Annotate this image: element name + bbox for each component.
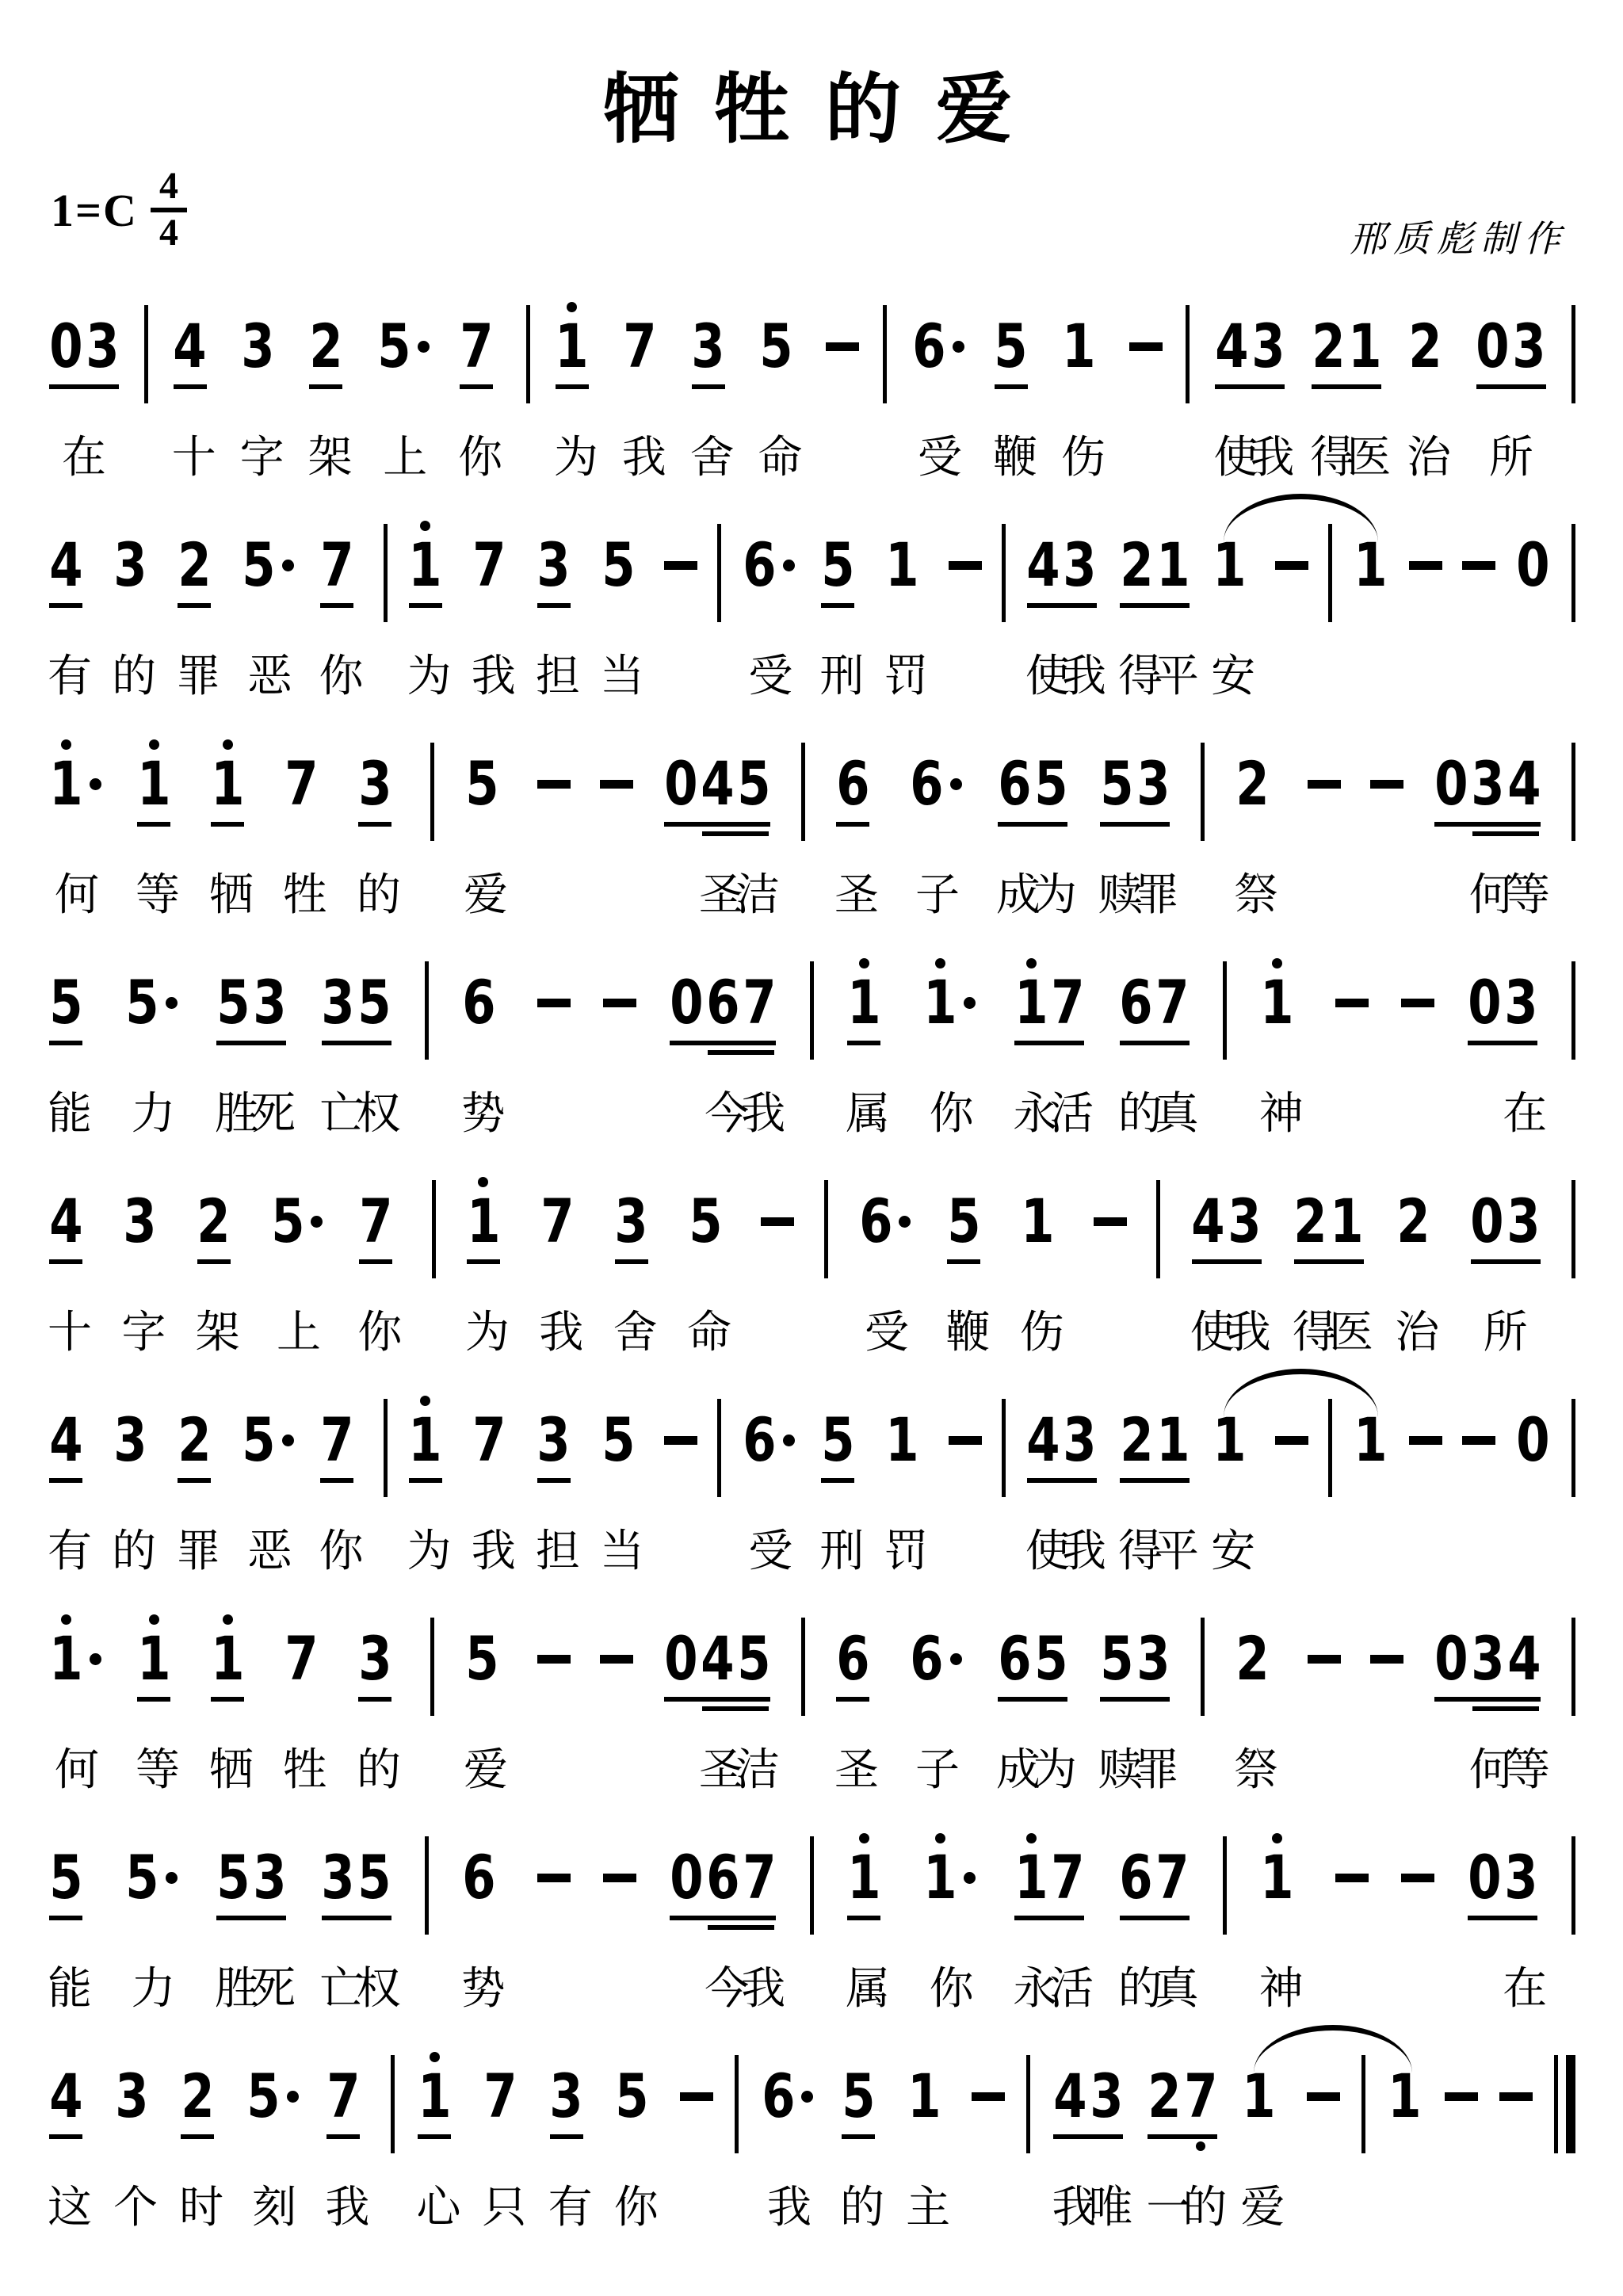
lyric-syllable (663, 1735, 699, 1792)
note-digits: 43 (1025, 1389, 1098, 1472)
note-area: 5 (600, 1389, 644, 1505)
note-digit: 3 (358, 754, 391, 816)
note-digits: 53 (215, 952, 288, 1034)
duration-dash (1335, 952, 1369, 1007)
digit-cell: 6 (705, 1827, 741, 1909)
digit-cell: 3 (121, 1171, 158, 1253)
lyric-syllable (1433, 1735, 1469, 1792)
note-area: 7 (472, 1389, 516, 1505)
note-area: 3 (112, 1389, 156, 1505)
note-area: 4 (48, 2046, 92, 2161)
digit-cell: 5 (735, 733, 772, 816)
digit-cell: 1 (1013, 1827, 1049, 1909)
digit-cell: 5 (945, 1171, 982, 1253)
note-digits: 1 (1061, 296, 1098, 378)
dash-rule (1335, 999, 1369, 1007)
note: 3舍 (690, 296, 735, 479)
digit-cell: 3 (251, 1827, 288, 1909)
note-digit: 1 (211, 754, 244, 816)
digit-cell: 6 (908, 733, 945, 816)
note: 53胜死 (215, 952, 288, 1136)
note-digit: 1 (211, 1629, 244, 1690)
lyric-syllable: 活 (1049, 1954, 1086, 2011)
note-area: 6 (857, 1171, 916, 1286)
lyric: 圣洁 (663, 860, 772, 917)
digit-cell: 0 (1433, 1608, 1469, 1690)
note-digit: 6 (462, 1847, 495, 1909)
note-digit: 1 (924, 972, 957, 1034)
final-bar-thin (1554, 2055, 1558, 2153)
barline (1201, 1608, 1205, 1716)
note-digits: 35 (320, 952, 393, 1034)
lyric-syllable: 死 (251, 1079, 288, 1136)
dash-rule (1308, 1655, 1341, 1664)
note: 3个 (113, 2046, 158, 2229)
note: 1罚 (884, 514, 929, 698)
digit-cell: 3 (1469, 1608, 1506, 1690)
digit-cell: 5 (614, 2046, 651, 2128)
note-digits: 7 (472, 1389, 508, 1472)
lyric: 命 (687, 1297, 731, 1354)
barline-rule (1186, 305, 1190, 403)
note: 6子 (908, 733, 967, 917)
digit-cell: 1 (906, 2046, 942, 2128)
lyric-syllable: 何 (1469, 860, 1506, 917)
note-digit: 6 (1120, 972, 1153, 1034)
digit-cell: 4 (172, 296, 208, 378)
note-digit: 3 (1471, 754, 1504, 816)
note-digit: 7 (473, 535, 506, 597)
note: 3有 (548, 2046, 593, 2229)
note-digit: 7 (483, 2066, 517, 2128)
note-digit: 1 (885, 535, 918, 597)
barline (1002, 1389, 1006, 1497)
beam-underline (327, 2134, 360, 2139)
note-digit: 6 (998, 754, 1031, 816)
lyric: 牺 (209, 1735, 254, 1792)
note: 7你 (319, 1389, 363, 1573)
note-area: 6 (911, 296, 969, 411)
lyric: 架 (307, 422, 352, 479)
note-area: 7 (283, 1608, 327, 1724)
note-digit: 7 (285, 754, 318, 816)
note: 5当 (600, 514, 644, 698)
note-area: 3 (113, 2046, 158, 2161)
lyric: 得医 (1310, 422, 1383, 479)
note-digit: 0 (1468, 972, 1501, 1034)
note: 5当 (600, 1389, 644, 1573)
note-digit: 6 (706, 972, 739, 1034)
note-digits: 5 (124, 1827, 161, 1909)
lyric-syllable: 何 (1469, 1735, 1506, 1792)
note: 7你 (357, 1171, 402, 1354)
lyric-syllable: 在 (1503, 1079, 1539, 1136)
digit-cell: 3 (113, 2046, 150, 2128)
note-digit: 2 (178, 535, 211, 597)
note-digits: 03 (1466, 1827, 1539, 1909)
note-digits: 21 (1293, 1171, 1365, 1253)
note-area: 1 (48, 1608, 106, 1724)
barline (1571, 514, 1575, 622)
digit-cell: 7 (741, 1827, 777, 1909)
dash-rule (949, 561, 982, 570)
sixteenth-underline (702, 831, 769, 836)
digit-cell: 0 (1515, 1389, 1552, 1472)
barline (735, 2046, 739, 2153)
sixteenth-underline (708, 1925, 774, 1930)
lyric-syllable: 得 (1118, 641, 1155, 698)
digit-cell: 3 (1503, 1827, 1539, 1909)
lyric-syllable: 我 (741, 1954, 777, 2011)
digit-cell: 4 (1190, 1171, 1227, 1253)
barline (1223, 952, 1227, 1060)
note-digit: 5 (995, 316, 1028, 378)
lyric: 字 (240, 422, 285, 479)
note-digit: 4 (1027, 1410, 1060, 1472)
barline (883, 296, 887, 403)
digit-cell: 0 (663, 1608, 699, 1690)
duration-dash (600, 733, 633, 789)
note-digit: 3 (253, 1847, 286, 1909)
note-area: 53 (1098, 1608, 1171, 1724)
lyric-syllable: 活 (1049, 1079, 1086, 1136)
beam-underline (49, 1259, 82, 1264)
beam-underline (1120, 603, 1190, 608)
note-area: 3 (613, 1171, 658, 1286)
beam-underline (1434, 822, 1541, 827)
note: 53胜死 (215, 1827, 288, 2011)
digit-cell: 6 (834, 733, 871, 816)
lyric: 的真 (1118, 1079, 1191, 1136)
note-digit: 0 (1476, 316, 1510, 378)
notation-line: 4有3的2罪5恶7你1为7我3担5当6受5刑1罚43使我21得平1安10 (48, 1389, 1575, 1573)
note-area: 5 (269, 1171, 328, 1286)
beam-underline (1312, 384, 1381, 389)
beam-underline (322, 1041, 391, 1045)
lyric-syllable: 亡 (320, 1954, 357, 2011)
note-digits: 7 (319, 514, 355, 597)
arranger-credit: 邢质彪制作 (1350, 210, 1568, 262)
digit-cell: 7 (483, 2046, 519, 2128)
digit-cell: 0 (1466, 952, 1503, 1034)
dash-rule (600, 780, 633, 789)
note-digits: 43 (1190, 1171, 1263, 1253)
lyric: 你 (458, 422, 502, 479)
note-digits: 2 (179, 2046, 216, 2128)
notation-line: 1何1等1牺7牲3的5爱045圣洁6圣6子65成为53赎罪2祭034何等 (48, 1608, 1575, 1792)
note-digit: 6 (912, 316, 945, 378)
digit-cell: 5 (124, 1827, 161, 1909)
digit-cell: 7 (622, 296, 659, 378)
lyric-syllable: 等 (1506, 860, 1542, 917)
note-digits: 5 (945, 1171, 982, 1253)
note-area: 67 (1118, 1827, 1191, 1943)
lyric: 你 (357, 1297, 402, 1354)
note-digits: 43 (1052, 2046, 1125, 2128)
note: 4十 (172, 296, 216, 479)
note: 5鞭 (945, 1171, 990, 1354)
key-signature: 1=C 4 4 (51, 167, 187, 253)
digit-cell: 1 (1013, 952, 1049, 1034)
digit-cell: 3 (112, 1389, 148, 1472)
lyric: 我 (472, 641, 516, 698)
beam-underline (216, 1916, 286, 1920)
lyric: 势 (461, 1954, 506, 2011)
note-digit: 5 (821, 1410, 854, 1472)
note-digit: 3 (1136, 754, 1170, 816)
note-digits: 5 (376, 296, 412, 378)
barline (1186, 296, 1190, 403)
note-area: 5 (124, 1827, 183, 1943)
digit-cell: 4 (699, 733, 735, 816)
song-title: 牺 牲 的 爱 (44, 49, 1579, 158)
note-digit: 1 (1348, 316, 1381, 378)
note-area: 6 (834, 1608, 879, 1724)
note-digit: 5 (242, 1410, 275, 1472)
augmentation-dot (161, 1827, 183, 1909)
note-area: 27 (1146, 2046, 1219, 2161)
digit-cell: 1 (407, 1389, 444, 1472)
lyric: 得医 (1293, 1297, 1365, 1354)
lyric: 成为 (996, 1735, 1069, 1792)
lyric: 罪 (176, 641, 220, 698)
note: 21得平 (1118, 1389, 1191, 1573)
note-digits: 034 (1433, 1608, 1542, 1690)
lyric: 担 (536, 1516, 580, 1573)
note: 5力 (124, 1827, 183, 2011)
note-digit: 6 (836, 754, 869, 816)
beam-underline (181, 2134, 214, 2139)
note-area: 1 (1259, 952, 1304, 1068)
lyric-syllable: 我 (1250, 422, 1286, 479)
lyric: 子 (908, 1735, 967, 1792)
note-area: 53 (1098, 733, 1171, 849)
digit-cell: 6 (996, 1608, 1033, 1690)
note-digit: 7 (320, 1410, 353, 1472)
dash-rule (603, 999, 636, 1007)
note: 03在 (1466, 952, 1539, 1136)
note-digit: 2 (309, 316, 342, 378)
note-digits: 034 (1433, 733, 1542, 816)
lyric: 的 (840, 2172, 884, 2229)
digit-cell: 3 (320, 952, 357, 1034)
dash-rule (537, 999, 571, 1007)
note: 43使我 (1190, 1171, 1263, 1354)
note-digit: 5 (465, 754, 498, 816)
note-digits: 53 (1098, 733, 1171, 816)
note: 067今我 (668, 952, 777, 1136)
note: 1为 (407, 1389, 452, 1573)
note-digit: 3 (123, 1191, 156, 1253)
barline-rule (1201, 743, 1205, 841)
note-area: 5 (819, 514, 864, 630)
lyric: 得平 (1118, 1516, 1191, 1573)
note-digits: 1 (407, 514, 444, 597)
digit-cell: 5 (1098, 733, 1135, 816)
barline (526, 296, 530, 403)
note-digit: 1 (847, 1847, 880, 1909)
digit-cell: 5 (269, 1171, 306, 1253)
dash-rule (1409, 561, 1442, 570)
beam-underline (1215, 384, 1285, 389)
note-digits: 7 (483, 2046, 519, 2128)
note-digit: 1 (1156, 1410, 1190, 1472)
note-digit: 5 (689, 1191, 722, 1253)
dash-rule (664, 1436, 697, 1445)
note: 3担 (536, 514, 580, 698)
barline (1026, 2046, 1030, 2153)
note: 43我唯 (1052, 2046, 1125, 2229)
note: 067今我 (668, 1827, 777, 2011)
lyric-syllable: 我 (1062, 1516, 1098, 1573)
lyric: 伤 (1020, 1297, 1064, 1354)
lyric-syllable: 在 (1503, 1954, 1539, 2011)
barline (1571, 1389, 1575, 1497)
duration-dash (1370, 733, 1403, 789)
note-digit: 1 (1014, 972, 1048, 1034)
notation-line: 4这3个2时5刻7我1心7只3有5你6我5的1主43我唯27一的1爱1 (48, 2046, 1575, 2229)
digit-cell: 3 (84, 296, 120, 378)
duration-dash (1401, 952, 1434, 1007)
lyric: 受 (911, 422, 969, 479)
note-area: 03 (1466, 952, 1539, 1068)
lyric: 担 (536, 641, 580, 698)
note: 2治 (1395, 1171, 1439, 1354)
lyric-syllable: 一 (1146, 2172, 1182, 2229)
beam-underline (836, 1697, 869, 1702)
barline-rule (1571, 1618, 1575, 1716)
note-area: 43 (1052, 2046, 1125, 2161)
note: 6我 (760, 2046, 819, 2229)
beam-underline (1027, 603, 1097, 608)
note: 03所 (1475, 296, 1548, 479)
note-digit: 1 (1242, 2066, 1275, 2128)
barline (430, 1608, 434, 1716)
digit-cell: 6 (705, 952, 741, 1034)
note: 2架 (196, 1171, 240, 1354)
note: 5爱 (464, 1608, 508, 1792)
lyric-syllable: 永 (1013, 1079, 1049, 1136)
note-area: 034 (1433, 1608, 1542, 1724)
digit-cell: 3 (1227, 1171, 1263, 1253)
note: 1伤 (1020, 1171, 1064, 1354)
digit-cell: 5 (376, 296, 412, 378)
lyric: 你 (319, 641, 363, 698)
duration-dash (1335, 1827, 1369, 1882)
note-digits: 3 (548, 2046, 585, 2128)
lyric-syllable: 唯 (1088, 2172, 1125, 2229)
note-digit: 4 (49, 535, 82, 597)
note-digit: 6 (859, 1191, 892, 1253)
note-area: 5 (840, 2046, 884, 2161)
note-digits: 3 (690, 296, 727, 378)
beam-underline (995, 384, 1028, 389)
lyric-syllable: 使 (1025, 1516, 1062, 1573)
lyric: 等 (136, 860, 180, 917)
digit-cell: 2 (1293, 1171, 1329, 1253)
note-area: 7 (622, 296, 666, 411)
time-numerator: 4 (159, 167, 178, 206)
barline (144, 296, 148, 403)
note-digit: 1 (1261, 1847, 1294, 1909)
digit-cell: 7 (539, 1171, 575, 1253)
beam-underline (842, 2134, 875, 2139)
note-digits: 045 (663, 733, 772, 816)
lyric-syllable: 为 (1033, 860, 1069, 917)
digit-cell: 0 (668, 952, 705, 1034)
note: 53赎罪 (1098, 1608, 1171, 1792)
note-digits: 1 (48, 1608, 84, 1690)
lyric: 力 (124, 1079, 183, 1136)
note-area: 7 (458, 296, 502, 411)
note-digits: 2 (1234, 733, 1270, 816)
beam-underline (836, 822, 869, 827)
lyric: 有 (48, 1516, 92, 1573)
note-digits: 1 (416, 2046, 453, 2128)
note-digit: 1 (49, 754, 82, 816)
beam-underline (178, 1478, 211, 1483)
note-area: 7 (325, 2046, 369, 2161)
note-digit: 1 (885, 1410, 918, 1472)
digit-cell: 1 (136, 1608, 172, 1690)
lyric-syllable (1466, 1079, 1503, 1136)
note-digit: 1 (556, 316, 589, 378)
note-digit: 5 (465, 1629, 498, 1690)
note-digits: 1 (922, 952, 959, 1034)
digit-cell: 6 (741, 514, 777, 597)
note-digits: 1 (136, 733, 172, 816)
beam-underline (847, 1041, 880, 1045)
note-digit: 1 (1014, 1847, 1048, 1909)
note-digit: 6 (836, 1629, 869, 1690)
dash-rule (600, 1655, 633, 1664)
lyric: 何等 (1433, 1735, 1542, 1792)
note: 5刻 (245, 2046, 304, 2229)
barline (425, 952, 429, 1060)
digit-cell: 4 (1025, 1389, 1062, 1472)
note: 17永活 (1013, 1827, 1086, 2011)
beam-underline (670, 1041, 776, 1045)
final-barline (1554, 2055, 1575, 2153)
digit-cell: 4 (48, 2046, 84, 2128)
note-digit: 5 (1100, 1629, 1133, 1690)
digit-cell: 0 (668, 1827, 705, 1909)
digit-cell: 1 (846, 952, 882, 1034)
augmentation-dot (894, 1171, 916, 1253)
note-digit: 1 (49, 1629, 82, 1690)
lyric: 我 (325, 2172, 369, 2229)
lyric: 在 (48, 422, 120, 479)
lyric: 牺 (209, 860, 254, 917)
sheet-music-page: 牺 牲 的 爱 1=C 4 4 邢质彪制作 03在4十3字2架5上7你1为7我3… (0, 0, 1623, 2229)
note-area: 67 (1118, 952, 1191, 1068)
note: 5鞭 (993, 296, 1037, 479)
digit-cell: 6 (911, 296, 947, 378)
note: 4十 (48, 1171, 92, 1354)
digit-cell: 6 (461, 1827, 498, 1909)
barline (1571, 296, 1575, 403)
lyric: 我 (760, 2172, 819, 2229)
note-digit: 2 (1148, 2066, 1181, 2128)
barline (1223, 1827, 1227, 1935)
note-area: 1 (884, 1389, 929, 1505)
barline-rule (1201, 1618, 1205, 1716)
note-digit: 3 (1136, 1629, 1170, 1690)
dash-rule (1409, 1436, 1442, 1445)
note-digits: 1 (48, 733, 84, 816)
note-area: 5 (945, 1171, 990, 1286)
note-area: 43 (1025, 514, 1098, 630)
